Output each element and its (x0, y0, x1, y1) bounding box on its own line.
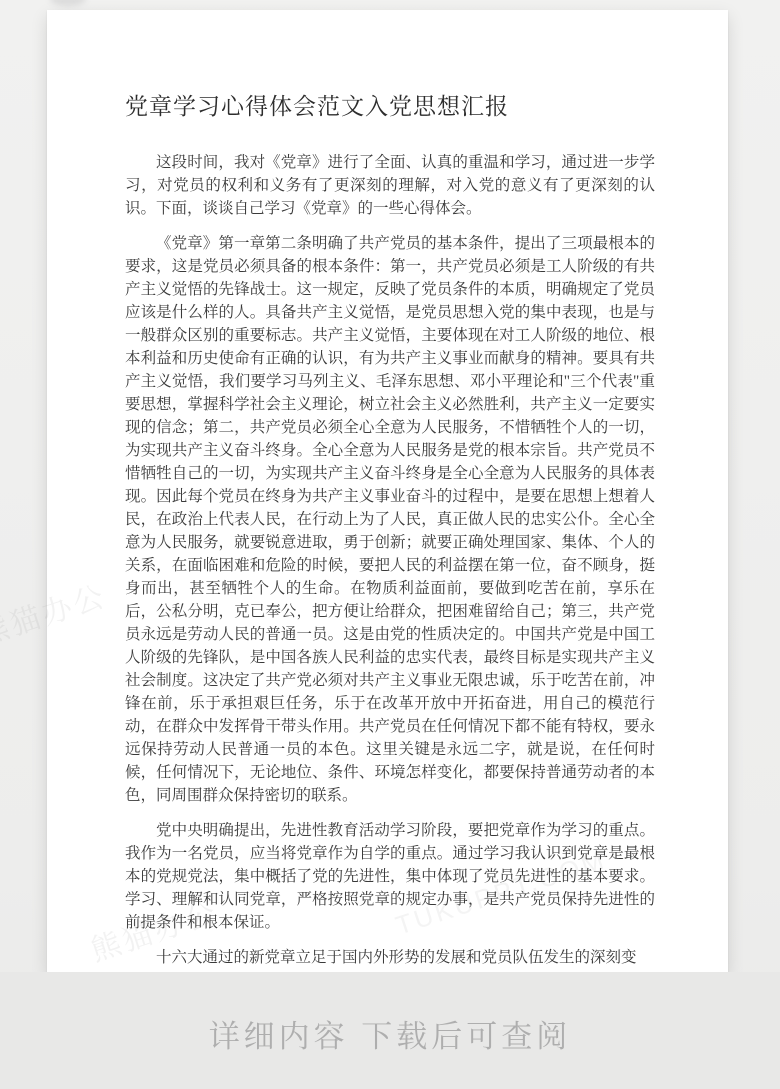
document-paragraph: 十六大通过的新党章立足于国内外形势的发展和党员队伍发生的深刻变 (125, 946, 655, 969)
document-paragraph: 《党章》第一章第二条明确了共产党员的基本条件，提出了三项最根本的要求，这是党员必… (125, 232, 655, 807)
document-paragraph: 党中央明确提出，先进性教育活动学习阶段，要把党章作为学习的重点。我作为一名党员，… (125, 819, 655, 934)
document-title: 党章学习心得体会范文入党思想汇报 (125, 88, 655, 121)
document-paragraph: 这段时间，我对《党章》进行了全面、认真的重温和学习，通过进一步学习，对党员的权利… (125, 151, 655, 220)
document-body: 这段时间，我对《党章》进行了全面、认真的重温和学习，通过进一步学习，对党员的权利… (125, 151, 655, 969)
footer-notice: 详细内容 下载后可查阅 (209, 1011, 572, 1056)
document-page: 党章学习心得体会范文入党思想汇报 这段时间，我对《党章》进行了全面、认真的重温和… (47, 10, 728, 972)
previous-page-edge (50, 0, 86, 6)
document-preview-area: 党章学习心得体会范文入党思想汇报 这段时间，我对《党章》进行了全面、认真的重温和… (0, 0, 780, 1089)
footer-notice-bar: 详细内容 下载后可查阅 (0, 972, 780, 1089)
